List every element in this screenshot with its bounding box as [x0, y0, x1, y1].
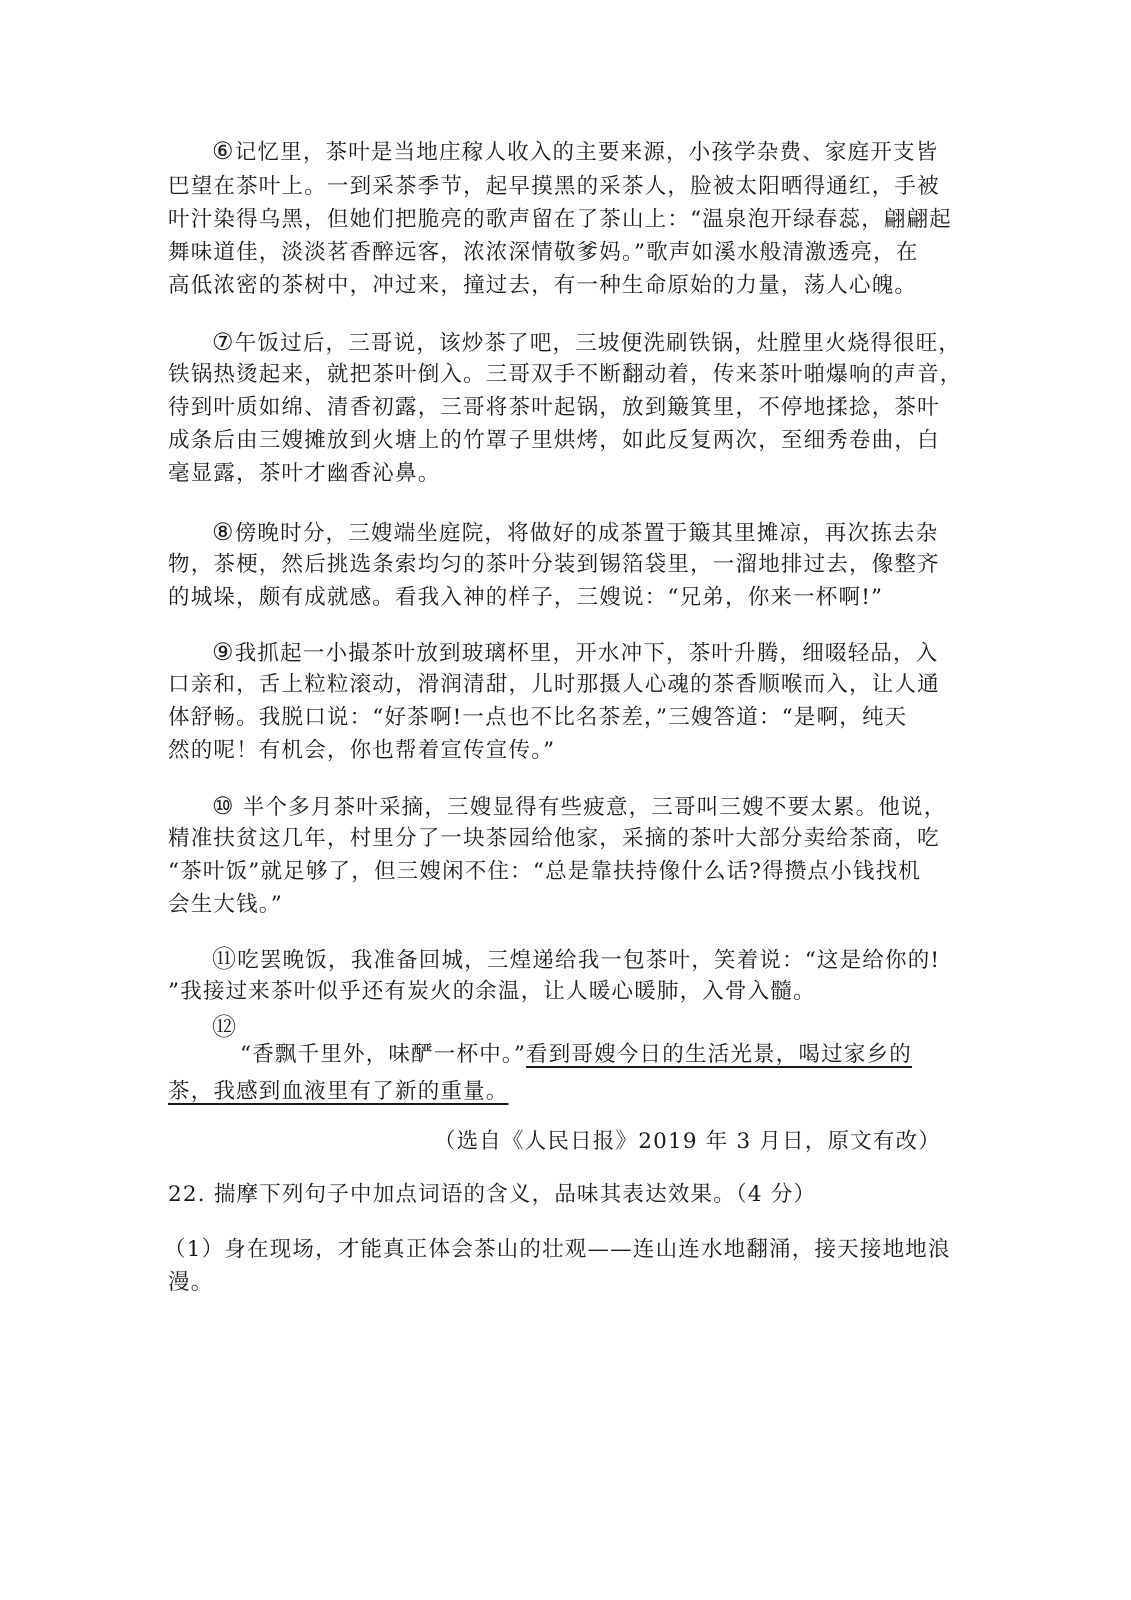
paragraph-marker: ⑥	[212, 137, 235, 165]
paragraph-12-line-1: “香飘千里外，味酽一杯中。”看到哥嫂今日的生活光景，喝过家乡的	[240, 1040, 980, 1070]
paragraph-marker: ⑫	[212, 1013, 237, 1041]
paragraph-8-line-1: ⑧傍晚时分，三嫂端坐庭院，将做好的成茶置于簸其里摊凉，再次拣去杂	[212, 517, 952, 549]
paragraph-6-line-5: 高低浓密的茶树中，冲过来，撞过去，有一种生命原始的力量，荡人心魄。	[168, 271, 948, 301]
paragraph-6-line-4: 舞味道佳，淡淡茗香醉远客，浓浓深情敬爹妈。”歌声如溪水般清激透亮，在	[168, 238, 948, 268]
paragraph-11-line-1: ⑪吃罢晚饭，我准备回城，三煌递给我一包茶叶，笑着说：“这是给你的!	[212, 944, 952, 976]
paragraph-8-line-2: 物，茶梗，然后挑选条索均匀的茶叶分装到锡箔袋里，一溜地排过去，像整齐	[168, 550, 948, 580]
paragraph-9-line-2: 口亲和，舌上粒粒滚动，滑润清甜，儿时那摄人心魂的茶香顺喉而入，让人通	[168, 670, 948, 700]
paragraph-7-line-2: 铁锅热烫起来，就把茶叶倒入。三哥双手不断翻动着，传来茶叶啪爆响的声音，	[168, 360, 948, 390]
paragraph-10-line-1: ⑩ 半个多月茶叶采摘，三嫂显得有些疲意，三哥叫三嫂不要太累。他说，	[212, 791, 952, 823]
paragraph-7-line-4: 成条后由三嫂摊放到火塘上的竹罩子里烘烤，如此反复两次，至细秀卷曲，白	[168, 426, 948, 456]
paragraph-marker: ⑨	[212, 638, 235, 666]
paragraph-marker: ⑪	[212, 945, 237, 973]
paragraph-10-line-2: 精准扶贫这几年，村里分了一块茶园给他家，采摘的茶叶大部分卖给茶商，吃	[168, 824, 948, 854]
paragraph-6-line-3: 叶汁染得乌黑，但她们把脆亮的歌声留在了茶山上：“温泉泡开绿春蕊，翩翩起	[168, 205, 948, 235]
paragraph-8-line-3: 的城垛，颇有成就感。看我入神的样子，三嫂说：“兄弟，你来一杯啊!”	[168, 583, 948, 613]
source-citation: （选自《人民日报》2019 年 3 月日，原文有改）	[434, 1127, 941, 1157]
paragraph-12-line-2: 茶，我感到血液里有了新的重量。	[168, 1077, 948, 1107]
paragraph-9-line-3: 体舒畅。我脱口说：“好茶啊!一点也不比名茶差，”三嫂答道：“是啊，纯天	[168, 703, 948, 733]
question-22-item-1-line-2: 漫。	[168, 1268, 948, 1298]
paragraph-11-line-2: ”我接过来茶叶似乎还有炭火的余温，让人暖心暖肺，入骨入髓。	[168, 977, 948, 1007]
paragraph-10-line-4: 会生大钱。”	[168, 890, 948, 920]
paragraph-10-line-3: “茶叶饭”就足够了，但三嫂闲不住：“总是靠扶持像什么话?得攒点小钱找机	[168, 857, 948, 887]
underlined-sentence: 看到哥嫂今日的生活光景，喝过家乡的	[526, 1042, 912, 1067]
paragraph-7-line-1: ⑦午饭过后，三哥说，该炒茶了吧，三坡便洗刷铁锅，灶膛里火烧得很旺，	[212, 327, 952, 359]
paragraph-7-line-5: 毫显露，茶叶才幽香沁鼻。	[168, 459, 948, 489]
question-22-title: 22. 揣摩下列句子中加点词语的含义，品味其表达效果。（4 分）	[168, 1180, 948, 1210]
paragraph-6-line-2: 巴望在茶叶上。一到采茶季节，起早摸黑的采茶人，脸被太阳晒得通红，手被	[168, 172, 948, 202]
paragraph-marker: ⑦	[212, 328, 235, 356]
paragraph-6-line-1: ⑥记忆里，茶叶是当地庄稼人收入的主要来源，小孩学杂费、家庭开支皆	[212, 136, 952, 168]
paragraph-marker: ⑩	[212, 792, 235, 820]
underlined-sentence: 茶，我感到血液里有了新的重量。	[168, 1079, 509, 1104]
question-22-item-1-line-1: （1）身在现场，才能真正体会茶山的壮观——连山连水地翻涌，接天接地地浪	[164, 1235, 944, 1265]
paragraph-9-line-4: 然的呢！有机会，你也帮着宣传宣传。”	[168, 736, 948, 766]
paragraph-marker: ⑧	[212, 518, 235, 546]
paragraph-9-line-1: ⑨我抓起一小撮茶叶放到玻璃杯里，开水冲下，茶叶升腾，细啜轻品，入	[212, 637, 952, 669]
paragraph-7-line-3: 待到叶质如绵、清香初露，三哥将茶叶起锅，放到簸箕里，不停地揉捻，茶叶	[168, 393, 948, 423]
